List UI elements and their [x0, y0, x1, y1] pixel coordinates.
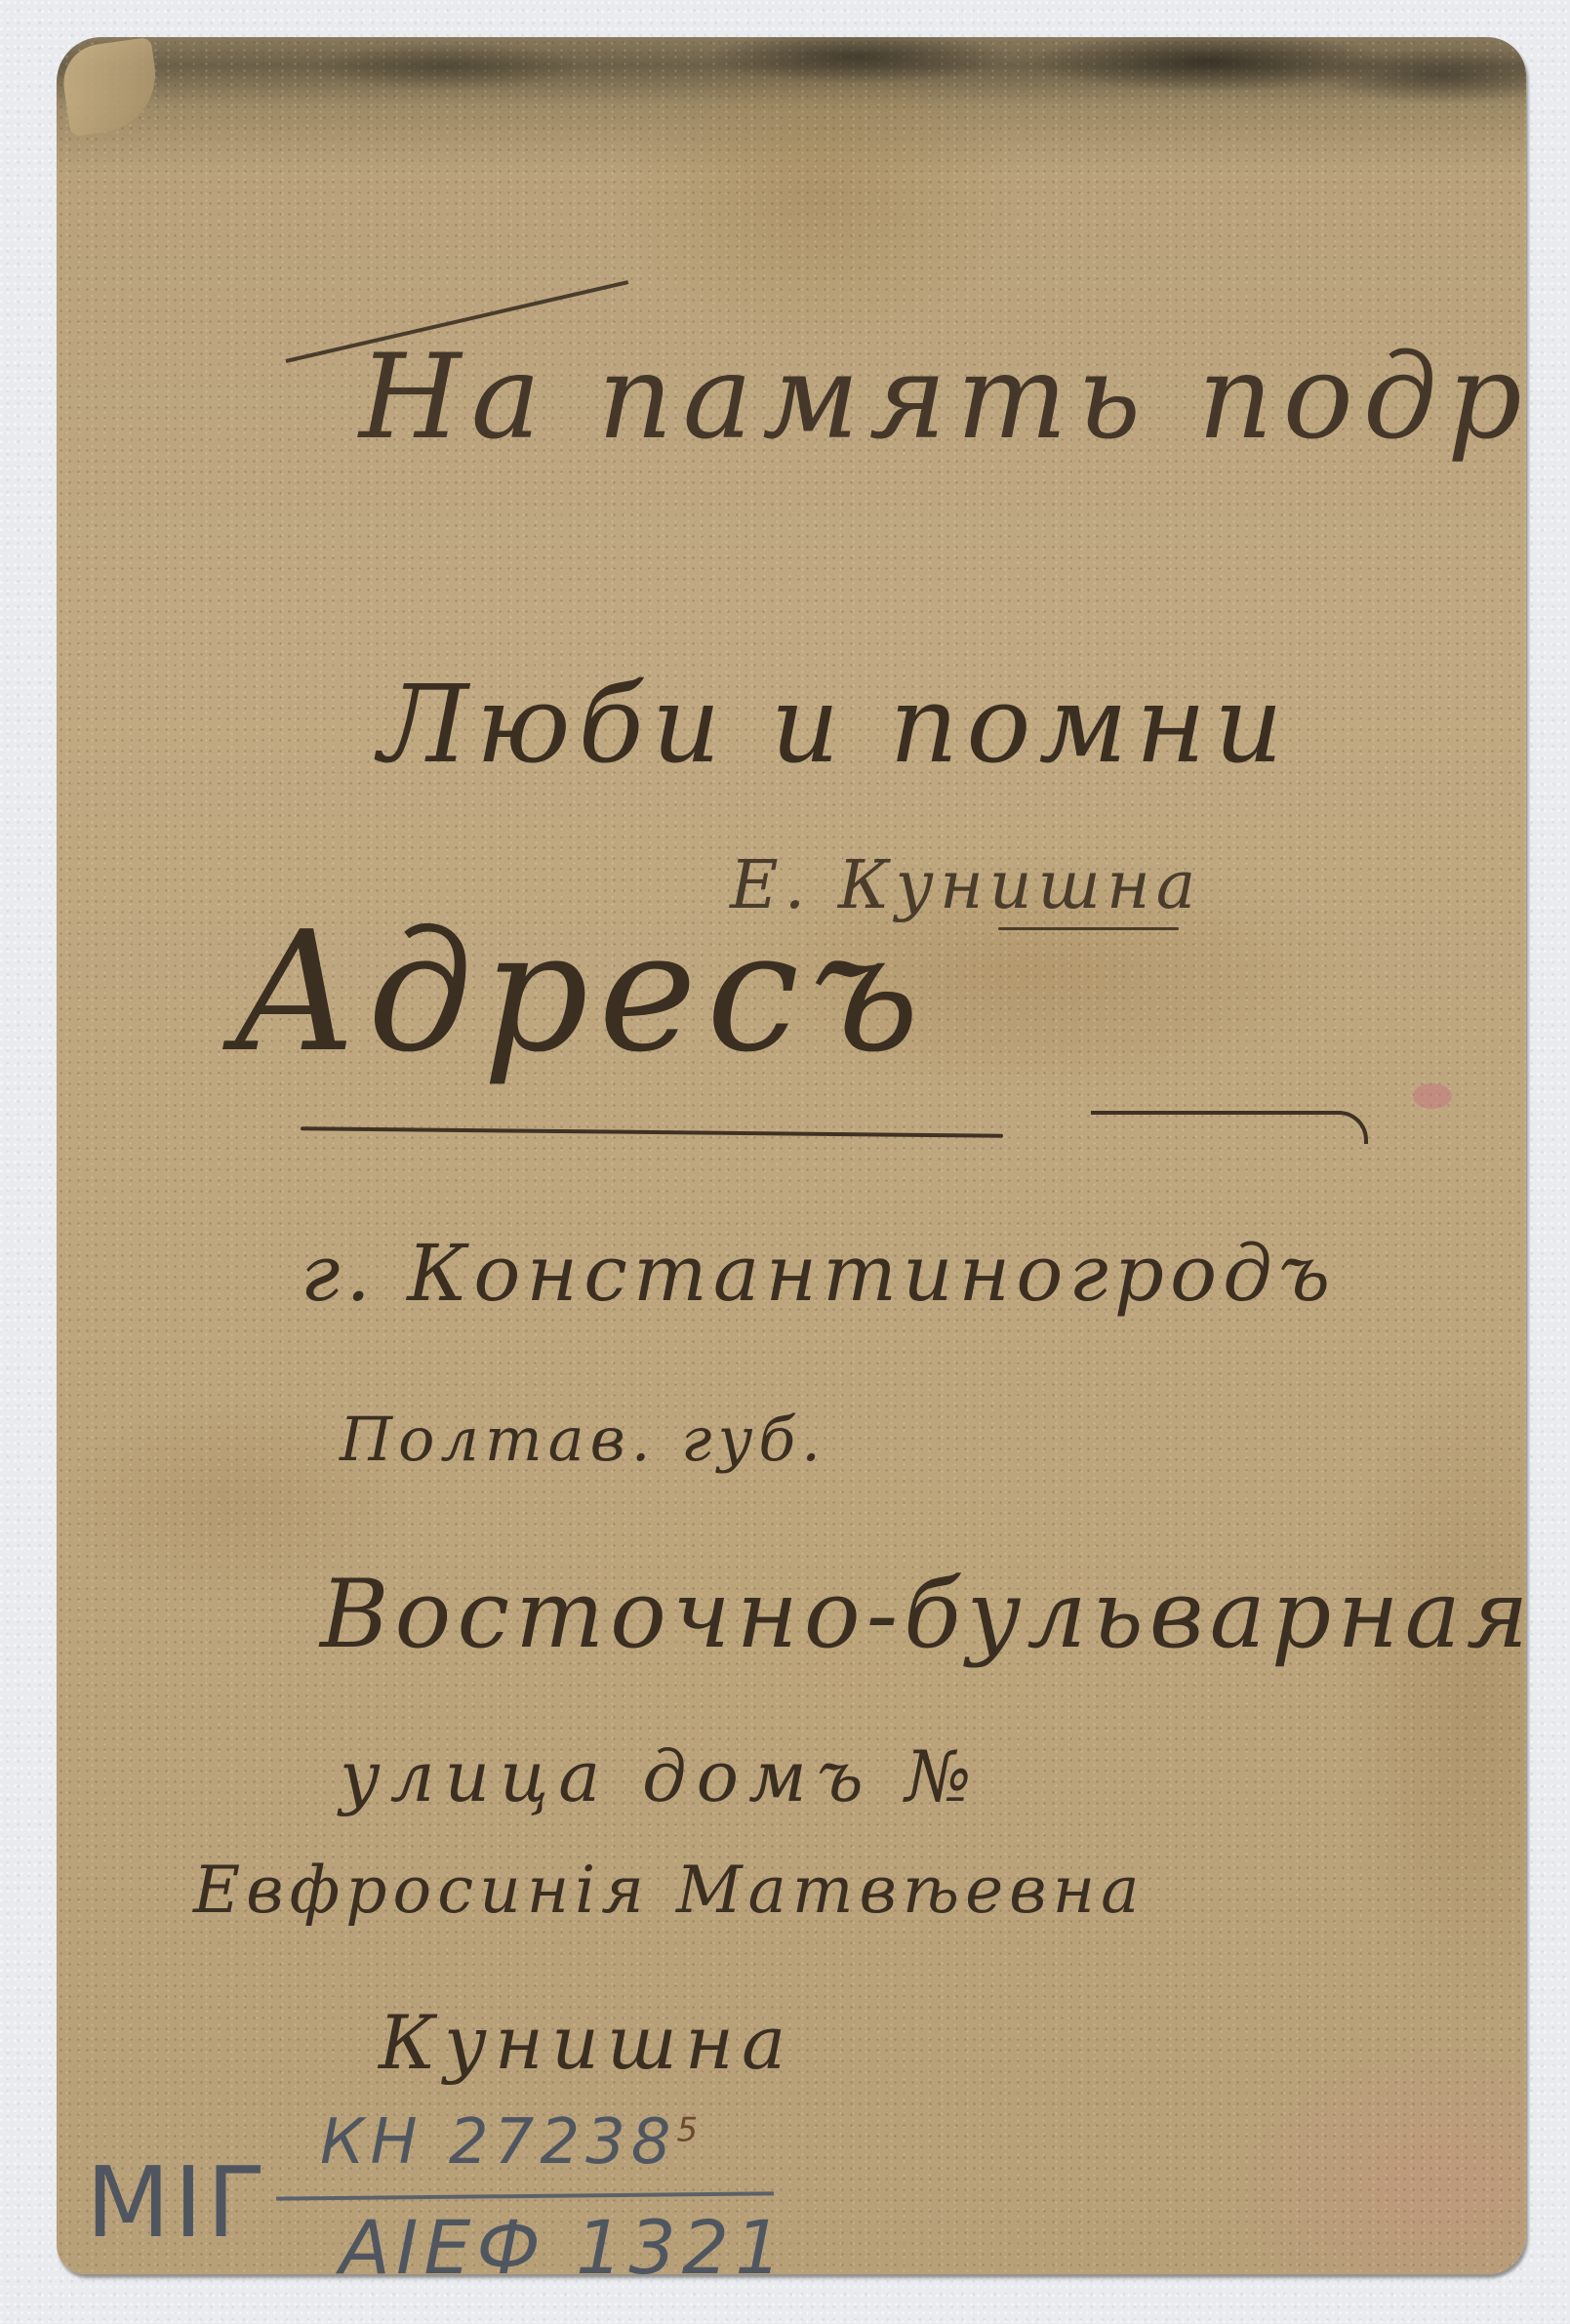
signature-underline	[998, 927, 1179, 930]
address-city: г. Константиногродъ	[301, 1228, 1336, 1319]
archive-institution-mark: МІГ	[86, 2145, 270, 2260]
heading-flourish	[1091, 1111, 1368, 1144]
dedication-line: На память подругѣ!	[359, 330, 1526, 466]
archive-fraction-bar	[276, 2191, 774, 2200]
addressee-name: Евфросинія Матвѣевна	[193, 1853, 1145, 1928]
archive-superscript: 5	[677, 2111, 704, 2150]
stain-spot	[1413, 1083, 1452, 1109]
love-remember-line: Люби и помни	[379, 662, 1291, 787]
top-edge-damage	[57, 37, 1526, 110]
photo-card-back: На память подругѣ! Люби и помни Е. Куниш…	[57, 37, 1526, 2274]
archive-inventory-number: КН 272385	[320, 2106, 704, 2179]
address-street-2: улица домъ №	[340, 1735, 982, 1817]
heading-underline	[301, 1126, 1003, 1138]
address-street-1: Восточно-бульварная	[320, 1560, 1526, 1669]
address-district: Полтав. губ.	[340, 1404, 826, 1475]
address-heading: Адресъ	[232, 896, 929, 1089]
archive-fund-number: АІЕФ 1321	[340, 2204, 787, 2274]
archive-numerator: КН 27238	[320, 2106, 677, 2179]
addressee-surname: Кунишна	[379, 1999, 793, 2086]
